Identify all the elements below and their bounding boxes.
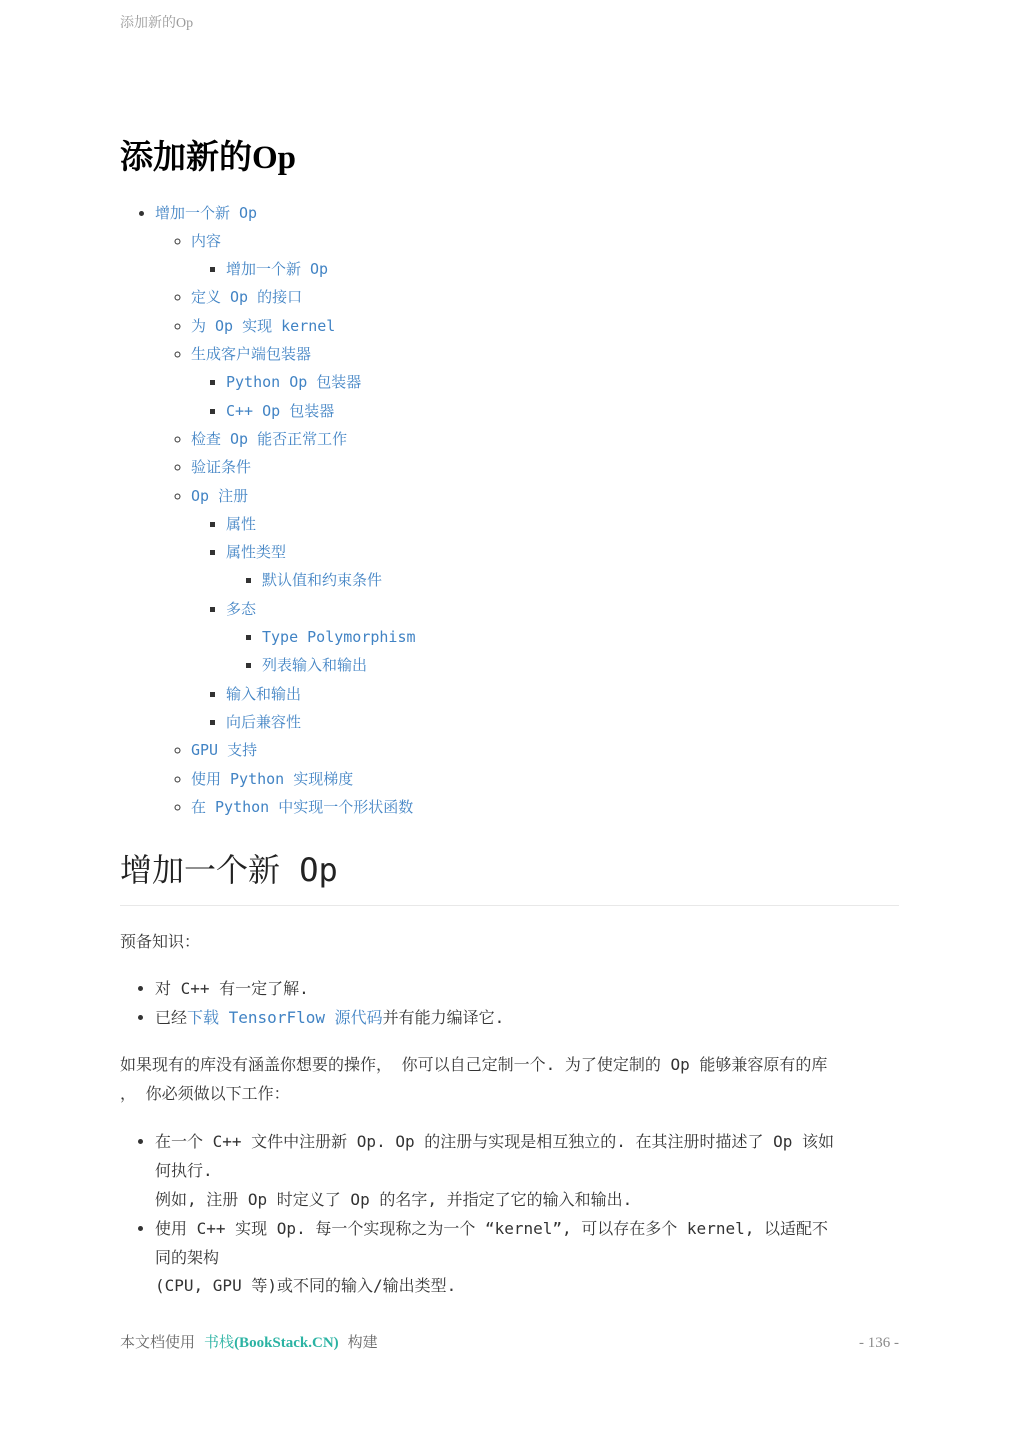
toc-item: 为 Op 实现 kernel [191, 312, 899, 340]
step-line: 在一个 C++ 文件中注册新 Op. Op 的注册与实现是相互独立的. 在其注册… [155, 1128, 899, 1157]
toc-link[interactable]: 增加一个新 Op [226, 260, 328, 278]
footer-credit: 本文档使用 书栈(BookStack.CN) 构建 [120, 1331, 378, 1352]
page-content: 添加新的Op 增加一个新 Op 内容 增加一个新 Op 定义 Op 的接口 为 … [0, 0, 1019, 1301]
toc-item: 检查 Op 能否正常工作 [191, 425, 899, 453]
toc-link[interactable]: 多态 [226, 600, 256, 618]
toc-link[interactable]: Python Op 包装器 [226, 373, 361, 391]
toc-link[interactable]: 默认值和约束条件 [262, 571, 382, 589]
toc-item: 在 Python 中实现一个形状函数 [191, 793, 899, 821]
prerequisite-text: 已经 [155, 1008, 187, 1027]
toc-link[interactable]: 验证条件 [191, 458, 251, 476]
step-item: 使用 C++ 实现 Op. 每一个实现称之为一个 “kernel”, 可以存在多… [155, 1215, 899, 1301]
step-line: 何执行. [155, 1157, 899, 1186]
section-heading: 增加一个新 Op [120, 849, 899, 906]
toc-link[interactable]: 内容 [191, 232, 221, 250]
toc-item: 默认值和约束条件 [262, 566, 899, 594]
toc-link[interactable]: Op 注册 [191, 487, 248, 505]
toc-item: 增加一个新 Op [155, 199, 899, 227]
step-line: 同的架构 [155, 1244, 899, 1273]
toc-link[interactable]: 向后兼容性 [226, 713, 301, 731]
toc-item: 定义 Op 的接口 [191, 283, 899, 311]
intro-text: 预备知识： [120, 928, 899, 957]
step-line: 例如, 注册 Op 时定义了 Op 的名字, 并指定了它的输入和输出. [155, 1186, 899, 1215]
bookstack-link-cn: 书栈 [204, 1333, 234, 1351]
paragraph-line: ， 你必须做以下工作： [120, 1084, 290, 1103]
toc-item: 属性 [226, 510, 899, 538]
paragraph-line: 如果现有的库没有涵盖你想要的操作， 你可以自己定制一个. 为了使定制的 Op 能… [120, 1055, 827, 1074]
toc-link[interactable]: 生成客户端包装器 [191, 345, 311, 363]
toc-item: 生成客户端包装器 [191, 340, 899, 368]
toc-link[interactable]: 属性 [226, 515, 256, 533]
table-of-contents: 增加一个新 Op 内容 增加一个新 Op 定义 Op 的接口 为 Op 实现 k… [120, 199, 899, 822]
toc-item: 验证条件 [191, 453, 899, 481]
step-line: (CPU, GPU 等)或不同的输入/输出类型. [155, 1272, 899, 1301]
toc-item: GPU 支持 [191, 736, 899, 764]
prerequisite-item: 对 C++ 有一定了解. [155, 975, 899, 1004]
running-header: 添加新的Op [120, 12, 193, 32]
bookstack-link[interactable]: 书栈(BookStack.CN) [204, 1333, 339, 1351]
toc-item: 向后兼容性 [226, 708, 899, 736]
body-paragraph: 如果现有的库没有涵盖你想要的操作， 你可以自己定制一个. 为了使定制的 Op 能… [120, 1051, 899, 1109]
page-title: 添加新的Op [120, 139, 899, 179]
page-footer: 本文档使用 书栈(BookStack.CN) 构建 - 136 - [120, 1331, 899, 1352]
toc-link[interactable]: 为 Op 实现 kernel [191, 317, 335, 335]
toc-item: Type Polymorphism [262, 623, 899, 651]
prerequisites-list: 对 C++ 有一定了解. 已经下载 TensorFlow 源代码并有能力编译它. [120, 975, 899, 1033]
toc-link[interactable]: 输入和输出 [226, 685, 301, 703]
toc-link[interactable]: 列表输入和输出 [262, 656, 367, 674]
toc-item: 内容 [191, 227, 899, 255]
prerequisite-item: 已经下载 TensorFlow 源代码并有能力编译它. [155, 1004, 899, 1033]
toc-item: 属性类型 [226, 538, 899, 566]
step-item: 在一个 C++ 文件中注册新 Op. Op 的注册与实现是相互独立的. 在其注册… [155, 1128, 899, 1214]
toc-link[interactable]: GPU 支持 [191, 741, 257, 759]
toc-item: Op 注册 [191, 482, 899, 510]
footer-text: 本文档使用 [120, 1333, 204, 1351]
toc-item: Python Op 包装器 [226, 368, 899, 396]
toc-item: 列表输入和输出 [262, 651, 899, 679]
step-line: 使用 C++ 实现 Op. 每一个实现称之为一个 “kernel”, 可以存在多… [155, 1215, 899, 1244]
toc-link[interactable]: 使用 Python 实现梯度 [191, 770, 353, 788]
toc-link[interactable]: Type Polymorphism [262, 628, 416, 646]
toc-link[interactable]: 定义 Op 的接口 [191, 288, 302, 306]
toc-item: 多态 [226, 595, 899, 623]
download-source-link[interactable]: 下载 TensorFlow 源代码 [187, 1008, 383, 1027]
toc-link[interactable]: 增加一个新 Op [155, 204, 257, 222]
toc-item: C++ Op 包装器 [226, 397, 899, 425]
toc-item: 输入和输出 [226, 680, 899, 708]
toc-link[interactable]: 属性类型 [226, 543, 286, 561]
toc-item: 增加一个新 Op [226, 255, 899, 283]
bookstack-link-en: (BookStack.CN) [234, 1335, 339, 1351]
prerequisite-text: 并有能力编译它. [383, 1008, 505, 1027]
toc-link[interactable]: C++ Op 包装器 [226, 402, 334, 420]
steps-list: 在一个 C++ 文件中注册新 Op. Op 的注册与实现是相互独立的. 在其注册… [120, 1128, 899, 1301]
toc-item: 使用 Python 实现梯度 [191, 765, 899, 793]
toc-link[interactable]: 在 Python 中实现一个形状函数 [191, 798, 413, 816]
toc-link[interactable]: 检查 Op 能否正常工作 [191, 430, 347, 448]
prerequisite-text: 对 C++ 有一定了解. [155, 979, 309, 998]
footer-text: 构建 [339, 1333, 378, 1351]
page-number: - 136 - [859, 1335, 899, 1352]
